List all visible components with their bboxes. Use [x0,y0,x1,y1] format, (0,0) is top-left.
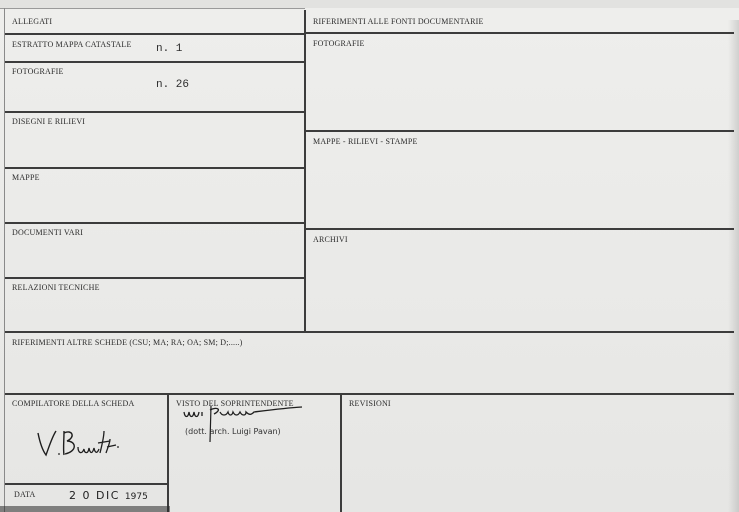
rule-left-6 [5,277,305,279]
rule-date [5,483,167,485]
rule-revisions-divider [340,393,342,512]
estratto-mappa-value[interactable]: n. 1 [156,43,182,55]
scan-bottom-shadow [0,506,170,512]
allegati-header: ALLEGATI [12,17,52,26]
catalog-form-sheet: ALLEGATI ESTRATTO MAPPA CATASTALE n. 1 F… [0,0,739,512]
mappe-label: MAPPE [12,173,40,182]
date-year: 1975 [125,492,148,502]
rule-top-left [0,8,305,9]
rule-full-1 [5,331,734,333]
riferimenti-fonti-header: RIFERIMENTI ALLE FONTI DOCUMENTARIE [313,17,484,26]
rule-left-edge [4,8,5,512]
date-stamp[interactable]: 2 0 DIC 1975 [69,489,148,502]
fotografie-allegati-value[interactable]: n. 26 [156,79,189,91]
estratto-mappa-label: ESTRATTO MAPPA CATASTALE [12,40,132,49]
rule-left-3 [5,111,305,113]
rule-left-5 [5,222,305,224]
scan-right-edge [728,20,739,512]
rule-right-3 [306,228,734,230]
rule-left-2 [5,61,305,63]
documenti-vari-label: DOCUMENTI VARI [12,228,83,237]
superintendent-signature [180,404,305,446]
compilatore-label: COMPILATORE DELLA SCHEDA [12,399,134,408]
rule-compiler-divider [167,393,169,512]
mappe-rilievi-stampe-label: MAPPE - RILIEVI - STAMPE [313,137,418,146]
rule-full-2 [5,393,734,395]
fotografie-fonti-label: FOTOGRAFIE [313,39,365,48]
compiler-signature [34,425,124,463]
riferimenti-altre-schede-label: RIFERIMENTI ALTRE SCHEDE (CSU; MA; RA; O… [12,338,243,347]
rule-right-2 [306,130,734,132]
scan-top-edge [0,0,739,8]
rule-left-1 [5,33,305,35]
fotografie-allegati-label: FOTOGRAFIE [12,67,64,76]
superintendent-stamp: (dott. arch. Luigi Pavan) [185,427,281,436]
rule-right-1 [306,32,734,34]
archivi-label: ARCHIVI [313,235,348,244]
rule-column-divider [304,10,306,332]
revisioni-label: REVISIONI [349,399,391,408]
relazioni-tecniche-label: RELAZIONI TECNICHE [12,283,100,292]
data-label: DATA [14,490,36,499]
disegni-rilievi-label: DISEGNI E RILIEVI [12,117,85,126]
date-day-month: 2 0 DIC [69,489,120,502]
rule-left-4 [5,167,305,169]
